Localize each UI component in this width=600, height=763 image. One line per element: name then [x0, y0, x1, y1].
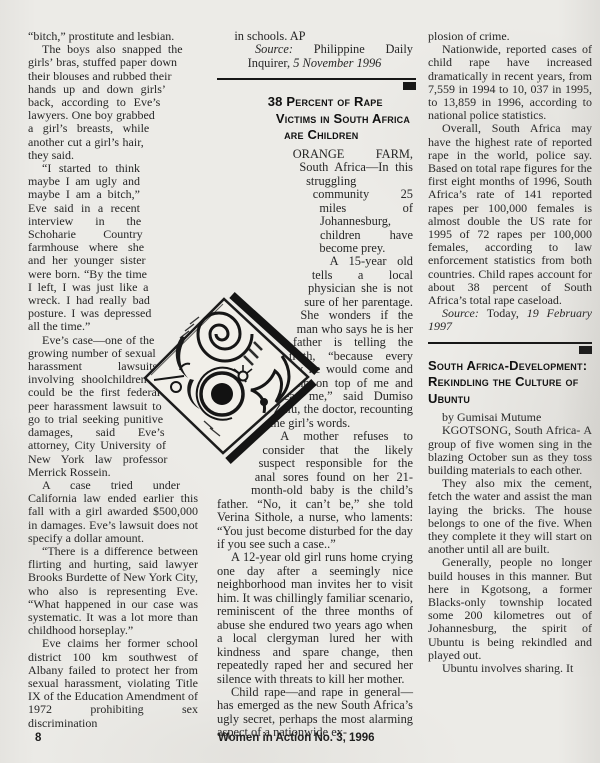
paragraph: KGOTSONG, South Africa- A group of five … [428, 424, 592, 477]
divider-square [403, 82, 416, 90]
paragraph: The boys also snapped the girls’ bras, s… [28, 43, 198, 162]
divider-rule [428, 342, 592, 344]
divider-square [579, 346, 592, 354]
divider-rule [217, 78, 416, 80]
paragraph: Eve claims her former school district 10… [28, 637, 198, 729]
section-divider [217, 78, 416, 90]
section-divider [428, 342, 592, 354]
article-heading-rape-victims: 38 Percent of Rape Victims in South Afri… [217, 94, 413, 144]
source-date: 5 November 1996 [293, 56, 381, 70]
paragraph: ORANGE FARM, South Africa—In this strugg… [217, 148, 413, 256]
paragraph: Generally, people no longer build houses… [428, 556, 592, 662]
paragraph: Nationwide, reported cases of child rape… [428, 43, 592, 122]
paragraph: Ubuntu involves sharing. It [428, 662, 592, 675]
source-line: Source: Today, 19 February 1997 [428, 307, 592, 333]
source-label: Source: [255, 42, 293, 56]
magazine-page: “bitch,” prostitute and lesbian. The boy… [0, 0, 600, 763]
paragraph: A case tried under California law ended … [28, 479, 198, 545]
paragraph: Overall, South Africa may have the highe… [428, 122, 592, 307]
footer-page-number: 8 [35, 732, 41, 744]
source-publication: Today, [487, 306, 519, 320]
paragraph: in schools. AP [217, 30, 413, 43]
ornament-graphic [136, 290, 322, 466]
source-label: Source: [442, 306, 479, 320]
footer-journal-title: Women in Action No. 3, 1996 [218, 732, 375, 744]
paragraph: A 12-year old girl runs home crying one … [217, 551, 413, 686]
column-right: plosion of crime. Nationwide, reported c… [428, 30, 592, 675]
source-line: Source: Philippine Daily Inquirer, 5 Nov… [217, 43, 413, 70]
paragraph: “There is a difference between flirting … [28, 545, 198, 637]
article-heading-ubuntu: South Africa-Development: Rekindling the… [428, 358, 592, 408]
paragraph: They also mix the cement, fetch the wate… [428, 477, 592, 556]
